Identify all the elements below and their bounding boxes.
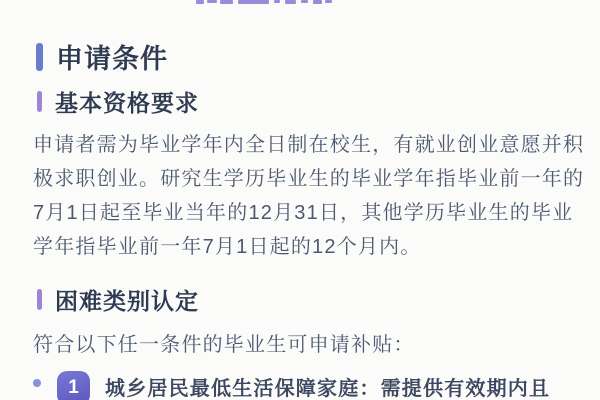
page-root: 申请条件 基本资格要求 申请者需为毕业学年内全日制在校生，有就业创业意愿并积 极… xyxy=(0,0,600,400)
accent-bar-purple xyxy=(37,91,42,112)
section-difficulty-categories: 困难类别认定 xyxy=(37,283,199,316)
bullet-dot-icon xyxy=(33,379,41,387)
number-badge: 1 xyxy=(57,371,90,400)
accent-bar-purple xyxy=(37,289,42,310)
section-basic-requirements: 基本资格要求 xyxy=(37,85,199,118)
list-item: 1 城乡居民最低生活保障家庭：需提供有效期内且 xyxy=(33,369,550,400)
subsection-title: 困难类别认定 xyxy=(55,283,199,316)
section-title: 申请条件 xyxy=(56,37,168,76)
basic-requirements-paragraph: 申请者需为毕业学年内全日制在校生，有就业创业意愿并积 极求职创业。研究生学历毕业… xyxy=(33,128,584,264)
section-apply-conditions: 申请条件 xyxy=(36,37,168,76)
list-item-text: 城乡居民最低生活保障家庭：需提供有效期内且 xyxy=(105,374,550,400)
clipped-title-fragment xyxy=(0,0,600,6)
subsection-title: 基本资格要求 xyxy=(55,85,199,118)
paragraph-line: 学年指毕业前一年7月1日起的12个月内。 xyxy=(33,230,584,264)
paragraph-line: 申请者需为毕业学年内全日制在校生，有就业创业意愿并积 xyxy=(33,128,584,162)
accent-bar-blue xyxy=(36,43,43,71)
paragraph-line: 极求职创业。研究生学历毕业生的毕业学年指毕业前一年的 xyxy=(33,162,584,196)
paragraph-line: 7月1日起至毕业当年的12月31日，其他学历毕业生的毕业 xyxy=(33,196,584,230)
difficulty-intro-text: 符合以下任一条件的毕业生可申请补贴： xyxy=(33,328,415,357)
